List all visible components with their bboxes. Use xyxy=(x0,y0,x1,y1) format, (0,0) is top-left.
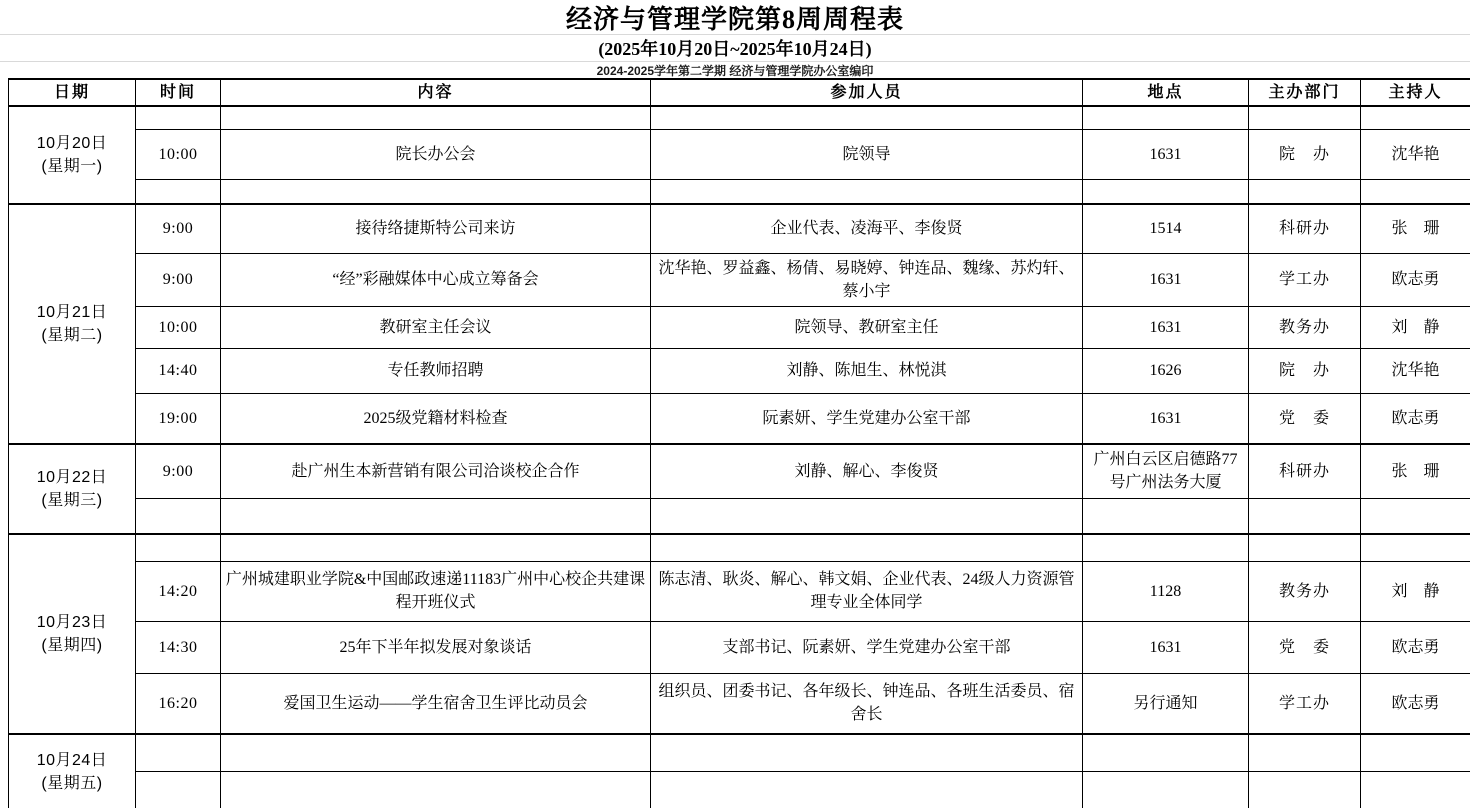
column-header-participants: 参加人员 xyxy=(651,79,1083,106)
column-header-content: 内容 xyxy=(221,79,651,106)
location-cell: 1631 xyxy=(1083,621,1249,673)
location-cell xyxy=(1083,534,1249,561)
date-label: 10月24日 xyxy=(13,749,131,772)
time-cell: 14:40 xyxy=(136,348,221,393)
time-cell xyxy=(136,734,221,771)
department-cell: 院 办 xyxy=(1249,129,1361,179)
host-cell xyxy=(1361,106,1470,129)
host-cell: 欧志勇 xyxy=(1361,393,1470,444)
location-cell xyxy=(1083,734,1249,771)
content-cell: 教研室主任会议 xyxy=(221,306,651,348)
content-cell: 接待络捷斯特公司来访 xyxy=(221,204,651,253)
date-cell: 10月21日(星期二) xyxy=(9,204,136,444)
table-row xyxy=(9,498,1470,534)
department-cell xyxy=(1249,534,1361,561)
date-range: (2025年10月20日~2025年10月24日) xyxy=(0,35,1470,62)
host-cell: 欧志勇 xyxy=(1361,673,1470,734)
host-cell: 张 珊 xyxy=(1361,444,1470,498)
department-cell: 学工办 xyxy=(1249,673,1361,734)
table-row: 9:00“经”彩融媒体中心成立筹备会沈华艳、罗益鑫、杨倩、易晓婷、钟连品、魏缘、… xyxy=(9,253,1470,306)
header-row: 日期 时间 内容 参加人员 地点 主办部门 主持人 xyxy=(9,79,1470,106)
location-cell: 广州白云区启德路77号广州法务大厦 xyxy=(1083,444,1249,498)
date-cell: 10月20日(星期一) xyxy=(9,106,136,204)
content-cell: 赴广州生本新营销有限公司洽谈校企合作 xyxy=(221,444,651,498)
participants-cell: 沈华艳、罗益鑫、杨倩、易晓婷、钟连品、魏缘、苏灼轩、蔡小宇 xyxy=(651,253,1083,306)
table-row: 10:00院长办公会院领导1631院 办沈华艳 xyxy=(9,129,1470,179)
content-cell: 爱国卫生运动——学生宿舍卫生评比动员会 xyxy=(221,673,651,734)
participants-cell: 组织员、团委书记、各年级长、钟连品、各班生活委员、宿舍长 xyxy=(651,673,1083,734)
table-row xyxy=(9,771,1470,808)
title-block: 经济与管理学院第8周周程表 (2025年10月20日~2025年10月24日) … xyxy=(0,0,1470,78)
department-cell: 学工办 xyxy=(1249,253,1361,306)
location-cell xyxy=(1083,771,1249,808)
table-row: 10月22日(星期三)9:00赴广州生本新营销有限公司洽谈校企合作刘静、解心、李… xyxy=(9,444,1470,498)
participants-cell: 阮素妍、学生党建办公室干部 xyxy=(651,393,1083,444)
weekday-label: (星期五) xyxy=(13,772,131,795)
weekday-label: (星期二) xyxy=(13,324,131,347)
date-label: 10月23日 xyxy=(13,611,131,634)
location-cell: 1631 xyxy=(1083,393,1249,444)
department-cell xyxy=(1249,498,1361,534)
time-cell: 16:20 xyxy=(136,673,221,734)
location-cell: 另行通知 xyxy=(1083,673,1249,734)
content-cell: 广州城建职业学院&中国邮政速递11183广州中心校企共建课程开班仪式 xyxy=(221,561,651,621)
content-cell xyxy=(221,106,651,129)
location-cell: 1631 xyxy=(1083,253,1249,306)
content-cell xyxy=(221,771,651,808)
location-cell: 1626 xyxy=(1083,348,1249,393)
table-row: 19:002025级党籍材料检查阮素妍、学生党建办公室干部1631党 委欧志勇 xyxy=(9,393,1470,444)
weekday-label: (星期三) xyxy=(13,489,131,512)
table-row: 10月24日(星期五) xyxy=(9,734,1470,771)
date-label: 10月20日 xyxy=(13,132,131,155)
department-cell xyxy=(1249,771,1361,808)
participants-cell xyxy=(651,534,1083,561)
participants-cell: 院领导 xyxy=(651,129,1083,179)
host-cell: 刘 静 xyxy=(1361,561,1470,621)
table-row xyxy=(9,179,1470,204)
content-cell xyxy=(221,734,651,771)
time-cell xyxy=(136,179,221,204)
participants-cell: 院领导、教研室主任 xyxy=(651,306,1083,348)
column-header-date: 日期 xyxy=(9,79,136,106)
participants-cell xyxy=(651,106,1083,129)
time-cell xyxy=(136,771,221,808)
time-cell: 9:00 xyxy=(136,204,221,253)
column-header-department: 主办部门 xyxy=(1249,79,1361,106)
content-cell: 25年下半年拟发展对象谈话 xyxy=(221,621,651,673)
date-label: 10月22日 xyxy=(13,466,131,489)
table-row: 16:20爱国卫生运动——学生宿舍卫生评比动员会组织员、团委书记、各年级长、钟连… xyxy=(9,673,1470,734)
department-cell xyxy=(1249,734,1361,771)
column-header-time: 时间 xyxy=(136,79,221,106)
participants-cell xyxy=(651,771,1083,808)
participants-cell: 陈志清、耿炎、解心、韩文娟、企业代表、24级人力资源管理专业全体同学 xyxy=(651,561,1083,621)
column-header-host: 主持人 xyxy=(1361,79,1470,106)
time-cell: 9:00 xyxy=(136,253,221,306)
table-row: 10月20日(星期一) xyxy=(9,106,1470,129)
participants-cell: 刘静、陈旭生、林悦淇 xyxy=(651,348,1083,393)
content-cell: 院长办公会 xyxy=(221,129,651,179)
host-cell xyxy=(1361,498,1470,534)
time-cell: 19:00 xyxy=(136,393,221,444)
time-cell: 10:00 xyxy=(136,306,221,348)
table-row: 10月23日(星期四) xyxy=(9,534,1470,561)
date-cell: 10月24日(星期五) xyxy=(9,734,136,808)
date-cell: 10月22日(星期三) xyxy=(9,444,136,534)
host-cell: 沈华艳 xyxy=(1361,129,1470,179)
location-cell xyxy=(1083,498,1249,534)
participants-cell xyxy=(651,179,1083,204)
page-title: 经济与管理学院第8周周程表 xyxy=(0,0,1470,35)
host-cell xyxy=(1361,534,1470,561)
location-cell: 1631 xyxy=(1083,306,1249,348)
table-row: 14:40专任教师招聘刘静、陈旭生、林悦淇1626院 办沈华艳 xyxy=(9,348,1470,393)
participants-cell: 企业代表、凌海平、李俊贤 xyxy=(651,204,1083,253)
content-cell: “经”彩融媒体中心成立筹备会 xyxy=(221,253,651,306)
schedule-table: 日期 时间 内容 参加人员 地点 主办部门 主持人 10月20日(星期一)10:… xyxy=(8,78,1470,808)
table-row: 10:00教研室主任会议院领导、教研室主任1631教务办刘 静 xyxy=(9,306,1470,348)
participants-cell: 支部书记、阮素妍、学生党建办公室干部 xyxy=(651,621,1083,673)
department-cell: 教务办 xyxy=(1249,306,1361,348)
location-cell xyxy=(1083,106,1249,129)
date-label: 10月21日 xyxy=(13,301,131,324)
time-cell xyxy=(136,106,221,129)
table-row: 10月21日(星期二)9:00接待络捷斯特公司来访企业代表、凌海平、李俊贤151… xyxy=(9,204,1470,253)
location-cell: 1514 xyxy=(1083,204,1249,253)
host-cell: 刘 静 xyxy=(1361,306,1470,348)
time-cell: 9:00 xyxy=(136,444,221,498)
content-cell xyxy=(221,179,651,204)
weekday-label: (星期一) xyxy=(13,155,131,178)
host-cell: 欧志勇 xyxy=(1361,253,1470,306)
content-cell xyxy=(221,498,651,534)
weekday-label: (星期四) xyxy=(13,634,131,657)
host-cell xyxy=(1361,734,1470,771)
host-cell: 沈华艳 xyxy=(1361,348,1470,393)
location-cell xyxy=(1083,179,1249,204)
content-cell: 专任教师招聘 xyxy=(221,348,651,393)
issuer-line: 2024-2025学年第二学期 经济与管理学院办公室编印 xyxy=(0,62,1470,78)
time-cell: 14:30 xyxy=(136,621,221,673)
time-cell xyxy=(136,534,221,561)
department-cell: 教务办 xyxy=(1249,561,1361,621)
host-cell xyxy=(1361,771,1470,808)
content-cell: 2025级党籍材料检查 xyxy=(221,393,651,444)
department-cell: 科研办 xyxy=(1249,444,1361,498)
column-header-location: 地点 xyxy=(1083,79,1249,106)
participants-cell xyxy=(651,734,1083,771)
location-cell: 1631 xyxy=(1083,129,1249,179)
time-cell: 14:20 xyxy=(136,561,221,621)
content-cell xyxy=(221,534,651,561)
host-cell: 张 珊 xyxy=(1361,204,1470,253)
department-cell xyxy=(1249,179,1361,204)
host-cell xyxy=(1361,179,1470,204)
department-cell xyxy=(1249,106,1361,129)
department-cell: 党 委 xyxy=(1249,621,1361,673)
participants-cell: 刘静、解心、李俊贤 xyxy=(651,444,1083,498)
date-cell: 10月23日(星期四) xyxy=(9,534,136,734)
participants-cell xyxy=(651,498,1083,534)
department-cell: 党 委 xyxy=(1249,393,1361,444)
time-cell: 10:00 xyxy=(136,129,221,179)
department-cell: 科研办 xyxy=(1249,204,1361,253)
table-row: 14:3025年下半年拟发展对象谈话支部书记、阮素妍、学生党建办公室干部1631… xyxy=(9,621,1470,673)
host-cell: 欧志勇 xyxy=(1361,621,1470,673)
department-cell: 院 办 xyxy=(1249,348,1361,393)
time-cell xyxy=(136,498,221,534)
table-row: 14:20广州城建职业学院&中国邮政速递11183广州中心校企共建课程开班仪式陈… xyxy=(9,561,1470,621)
location-cell: 1128 xyxy=(1083,561,1249,621)
